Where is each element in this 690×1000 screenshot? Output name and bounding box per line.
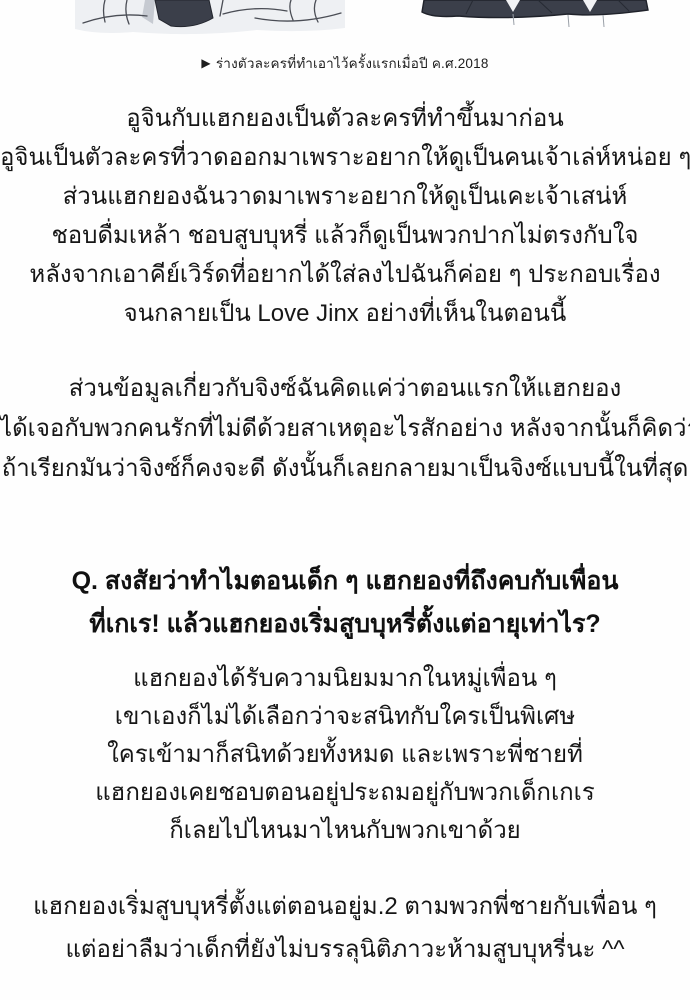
text-line: จนกลายเป็น Love Jinx อย่างที่เห็นในตอนนี… — [0, 294, 690, 333]
text-line: ได้เจอกับพวกคนรักที่ไม่ดีด้วยสาเหตุอะไรส… — [0, 409, 690, 449]
artwork-caption-text: ร่างตัวละครที่ทำเอาไว้ครั้งแรกเมื่อปี ค.… — [216, 56, 489, 71]
artwork-caption: ▶ร่างตัวละครที่ทำเอาไว้ครั้งแรกเมื่อปี ค… — [0, 52, 690, 74]
note-paragraph: แฮกยองเริ่มสูบบุหรี่ตั้งแต่ตอนอยู่ม.2 ตา… — [0, 885, 690, 971]
text-line: เขาเองก็ไม่ได้เลือกว่าจะสนิทกับใครเป็นพิ… — [0, 698, 690, 736]
page: ▶ร่างตัวละครที่ทำเอาไว้ครั้งแรกเมื่อปี ค… — [0, 0, 690, 1000]
text-line: ที่เกเร! แล้วแฮกยองเริ่มสูบบุหรี่ตั้งแต่… — [0, 603, 690, 646]
text-line: แฮกยองเคยชอบตอนอยู่ประถมอยู่กับพวกเด็กเก… — [0, 774, 690, 812]
text-line: แฮกยองได้รับความนิยมมากในหมู่เพื่อน ๆ — [0, 660, 690, 698]
text-line: ส่วนข้อมูลเกี่ยวกับจิงซ์ฉันคิดแค่ว่าตอนแ… — [0, 369, 690, 409]
text-line: อูจินเป็นตัวละครที่วาดออกมาเพราะอยากให้ด… — [0, 138, 690, 177]
text-line: หลังจากเอาคีย์เวิร์ดที่อยากได้ใส่ลงไปฉัน… — [0, 255, 690, 294]
triangle-marker-icon: ▶ — [201, 56, 210, 70]
text-line: แฮกยองเริ่มสูบบุหรี่ตั้งแต่ตอนอยู่ม.2 ตา… — [0, 885, 690, 928]
text-line: แต่อย่าลืมว่าเด็กที่ยังไม่บรรลุนิติภาวะห… — [0, 928, 690, 971]
text-line: ถ้าเรียกมันว่าจิงซ์ก็คงจะดี ดังนั้นก็เลย… — [0, 449, 690, 489]
character-sketch-left — [75, 0, 345, 42]
text-line: Q. สงสัยว่าทำไมตอนเด็ก ๆ แฮกยองที่ถึงคบก… — [0, 560, 690, 603]
question-heading: Q. สงสัยว่าทำไมตอนเด็ก ๆ แฮกยองที่ถึงคบก… — [0, 560, 690, 646]
jinx-paragraph: ส่วนข้อมูลเกี่ยวกับจิงซ์ฉันคิดแค่ว่าตอนแ… — [0, 369, 690, 489]
text-line: ชอบดื่มเหล้า ชอบสูบบุหรี่ แล้วก็ดูเป็นพว… — [0, 216, 690, 255]
text-line: ก็เลยไปไหนมาไหนกับพวกเขาด้วย — [0, 812, 690, 850]
answer-paragraph: แฮกยองได้รับความนิยมมากในหมู่เพื่อน ๆ เข… — [0, 660, 690, 850]
text-line: อูจินกับแฮกยองเป็นตัวละครที่ทำขึ้นมาก่อน — [0, 99, 690, 138]
character-sketch-right — [418, 0, 653, 30]
text-line: ส่วนแฮกยองฉันวาดมาเพราะอยากให้ดูเป็นเคะเ… — [0, 177, 690, 216]
text-line: ใครเข้ามาก็สนิทด้วยทั้งหมด และเพราะพี่ชา… — [0, 736, 690, 774]
intro-paragraph: อูจินกับแฮกยองเป็นตัวละครที่ทำขึ้นมาก่อน… — [0, 99, 690, 333]
